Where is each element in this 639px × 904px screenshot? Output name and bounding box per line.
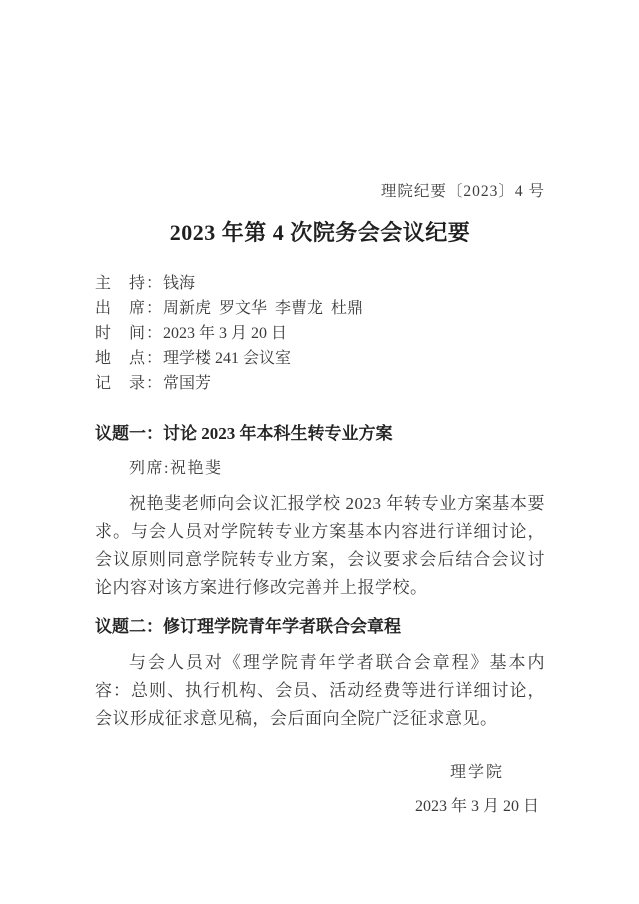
topic-heading-1: 议题一：讨论 2023 年本科生转专业方案: [95, 423, 545, 445]
meta-line-recorder: 记 录：常国芳: [95, 371, 545, 396]
meta-line-host: 主 持：钱海: [95, 271, 545, 296]
meta-label-location: 地 点：: [95, 350, 163, 367]
meta-block: 主 持：钱海 出 席：周新虎 罗文华 李曹龙 杜鼎 时 间：2023 年 3 月…: [95, 271, 545, 396]
meta-line-location: 地 点：理学楼 241 会议室: [95, 346, 545, 371]
topic-heading-2: 议题二：修订理学院青年学者联合会章程: [95, 616, 545, 638]
document-page: 理院纪要〔2023〕4 号 2023 年第 4 次院务会会议纪要 主 持：钱海 …: [0, 0, 639, 904]
meta-label-host: 主 持：: [95, 275, 163, 292]
signature-org: 理学院: [387, 762, 567, 784]
meta-value-host: 钱海: [163, 275, 195, 292]
meta-label-time: 时 间：: [95, 325, 163, 342]
topic-2-paragraph: 与会人员对《理学院青年学者联合会章程》基本内容：总则、执行机构、会员、活动经费等…: [95, 649, 545, 733]
meta-value-location: 理学楼 241 会议室: [163, 350, 291, 367]
topic-1-paragraph: 祝艳斐老师向会议汇报学校 2023 年转专业方案基本要求。与会人员对学院转专业方…: [95, 490, 545, 602]
meta-label-recorder: 记 录：: [95, 375, 163, 392]
document-title: 2023 年第 4 次院务会会议纪要: [95, 218, 545, 248]
meta-line-time: 时 间：2023 年 3 月 20 日: [95, 321, 545, 346]
meta-label-attendees: 出 席：: [95, 300, 163, 317]
meta-value-time: 2023 年 3 月 20 日: [163, 325, 287, 342]
meta-line-attendees: 出 席：周新虎 罗文华 李曹龙 杜鼎: [95, 296, 545, 321]
meta-value-attendees: 周新虎 罗文华 李曹龙 杜鼎: [163, 300, 363, 317]
signature-block: 理学院 2023 年 3 月 20 日: [387, 762, 567, 818]
doc-number: 理院纪要〔2023〕4 号: [95, 182, 545, 201]
signature-date: 2023 年 3 月 20 日: [387, 796, 567, 818]
attendee-note: 列席:祝艳斐: [95, 459, 545, 479]
meta-value-recorder: 常国芳: [163, 375, 211, 392]
